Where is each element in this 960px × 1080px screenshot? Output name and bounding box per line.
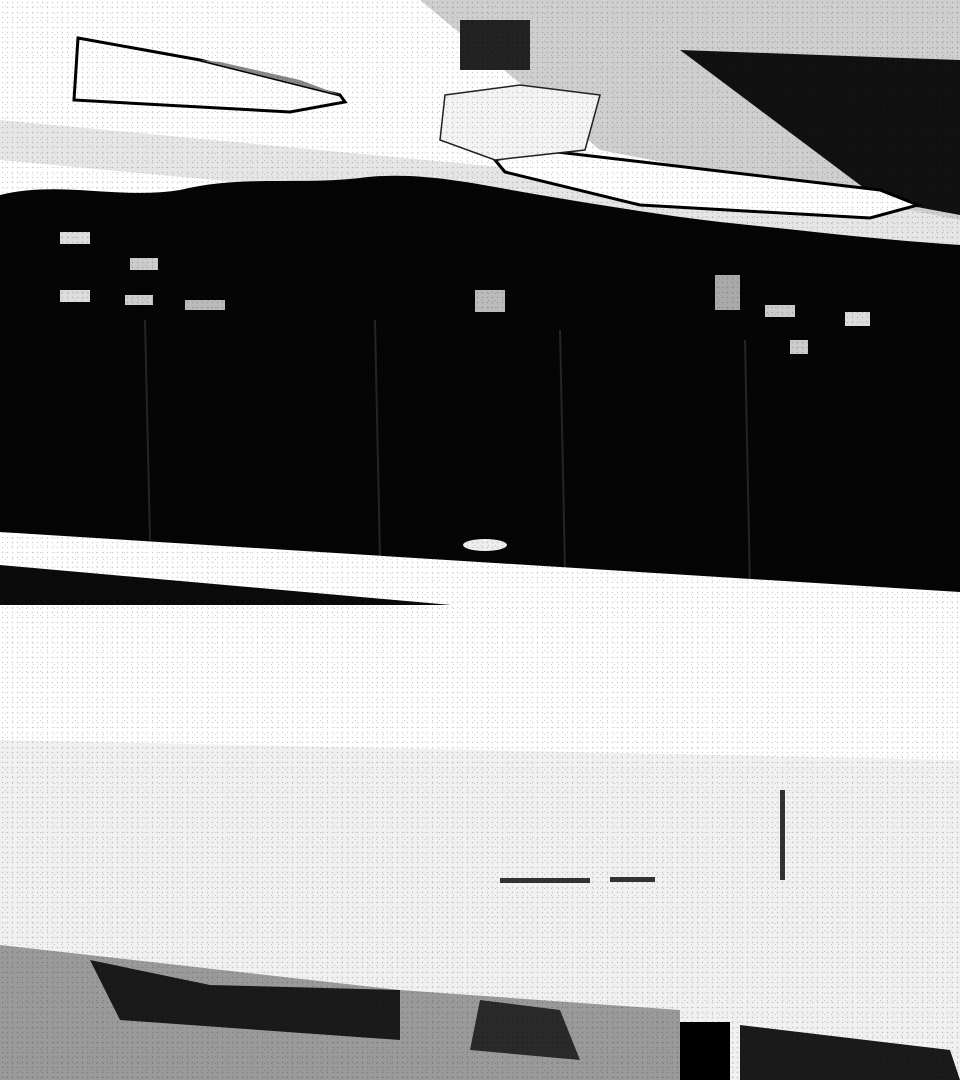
photo-canvas — [0, 0, 960, 1080]
photo-scene: High-contrast dithered black-and-white p… — [0, 0, 960, 1080]
shelf-products — [0, 176, 960, 600]
